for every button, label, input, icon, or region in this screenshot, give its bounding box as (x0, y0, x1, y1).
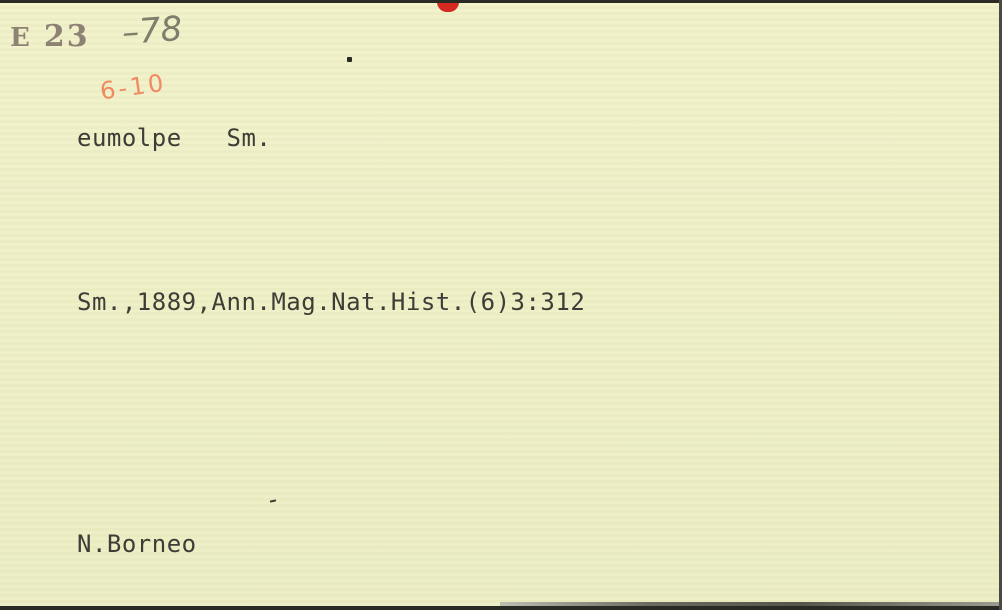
ink-mark (270, 499, 276, 502)
ink-dot (347, 57, 352, 62)
catalog-stamp: E23 (10, 19, 90, 54)
card-bottom-edge (500, 602, 999, 606)
index-card: E23 –78 6-10 eumolpe Sm. Sm.,1889,Ann.Ma… (0, 3, 999, 606)
handwritten-number-red: 6-10 (98, 69, 168, 106)
citation: Sm.,1889,Ann.Mag.Nat.Hist.(6)3:312 (77, 288, 585, 316)
stamp-letter: E (10, 23, 32, 53)
species-line: eumolpe Sm. (77, 124, 271, 152)
locality: N.Borneo (77, 530, 197, 558)
handwritten-number-gray: –78 (121, 9, 184, 53)
species-name: eumolpe (77, 124, 182, 152)
red-tab-mark (437, 3, 459, 12)
stamp-number: 23 (44, 19, 90, 54)
species-author: Sm. (227, 124, 272, 152)
